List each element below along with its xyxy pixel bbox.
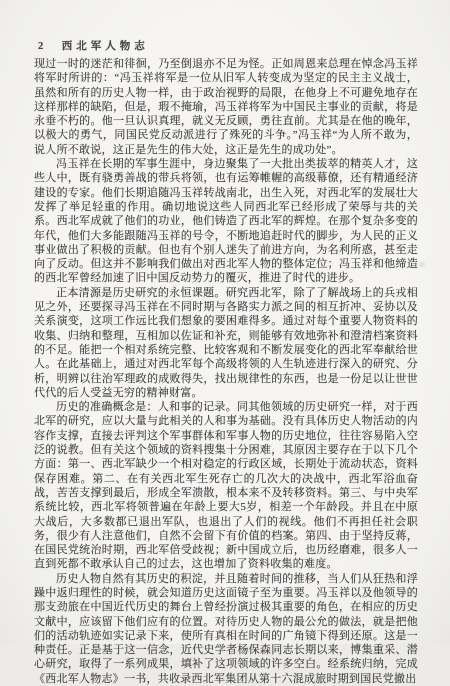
paragraph: 正本清源是历史研究的永恒课题。研究西北军，除了了解战场上的兵戎相见之外，还要探寻…: [34, 286, 418, 400]
page-number: 2: [38, 41, 44, 52]
running-title: 西北军人物志: [62, 38, 149, 53]
document-body: 现过一时的迷茫和徘徊，乃至倒退亦不足为怪。正如周恩来总理在悼念冯玉祥将军时所讲的…: [34, 57, 418, 644]
paragraph: 现过一时的迷茫和徘徊，乃至倒退亦不足为怪。正如周恩来总理在悼念冯玉祥将军时所讲的…: [34, 57, 418, 157]
paragraph: 历史人物自然有其历史的积淀，并且随着时间的推移，当人们从狂热和浮躁中返归理性的时…: [34, 572, 418, 644]
scanned-book-page: 2 西北军人物志 现过一时的迷茫和徘徊，乃至倒退亦不足为怪。正如周恩来总理在悼念…: [0, 0, 450, 644]
paragraph: 历史的准确概念是：人和事的记录。同其他领域的历史研究一样，对于西北军的研究，应以…: [34, 400, 418, 572]
scan-smudge-artifact: [419, 262, 425, 267]
paragraph: 冯玉祥在长期的军事生涯中，身边聚集了一大批出类拔萃的精英人才，这些人中，既有骁勇…: [34, 157, 418, 286]
page-header: 2 西北军人物志: [38, 38, 149, 53]
